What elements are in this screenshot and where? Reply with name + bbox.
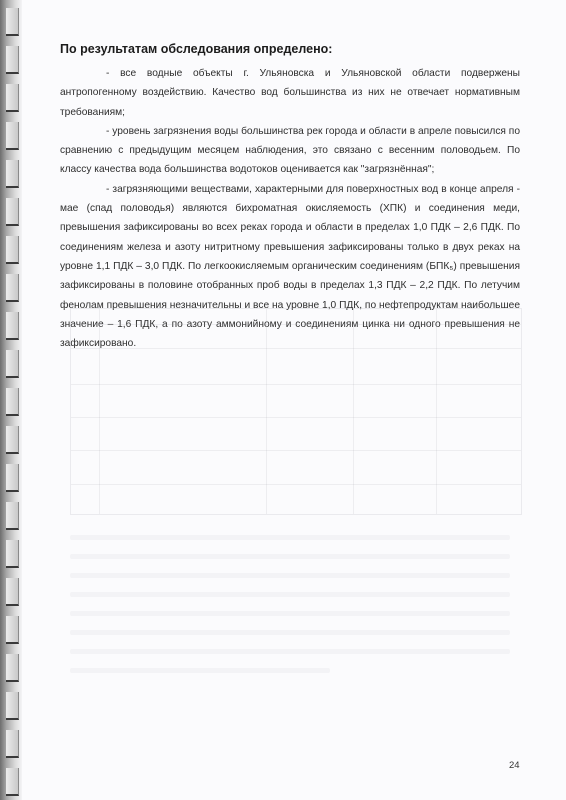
page-number: 24: [509, 760, 520, 771]
bleed-col: [353, 309, 354, 514]
bleed-row: [71, 324, 521, 325]
bleed-line: [70, 630, 510, 635]
binding-hole: [6, 578, 19, 606]
binding-hole: [6, 46, 19, 74]
bleed-col: [266, 309, 267, 514]
bleed-row: [71, 450, 521, 451]
binding-hole: [6, 312, 19, 340]
binding-hole: [6, 388, 19, 416]
bleed-line: [70, 535, 510, 540]
bleed-row: [71, 348, 521, 349]
spiral-binding: [0, 0, 22, 800]
bleed-row: [71, 417, 521, 418]
bleed-line: [70, 554, 510, 559]
binding-hole: [6, 122, 19, 150]
binding-hole: [6, 540, 19, 568]
binding-hole: [6, 768, 19, 796]
bleed-line: [70, 649, 510, 654]
binding-hole: [6, 350, 19, 378]
binding-hole: [6, 692, 19, 720]
bleed-row: [71, 384, 521, 385]
binding-hole: [6, 160, 19, 188]
bleed-col: [436, 309, 437, 514]
binding-hole: [6, 654, 19, 682]
bleed-line: [70, 573, 510, 578]
binding-hole: [6, 84, 19, 112]
binding-hole: [6, 464, 19, 492]
bleed-col: [99, 309, 100, 514]
binding-hole: [6, 236, 19, 264]
binding-hole: [6, 730, 19, 758]
bleed-line: [70, 668, 330, 673]
paragraph-1: - все водные объекты г. Ульяновска и Уль…: [60, 64, 520, 122]
bleed-line: [70, 611, 510, 616]
bleed-row: [71, 484, 521, 485]
binding-hole: [6, 198, 19, 226]
binding-hole: [6, 274, 19, 302]
bleed-line: [70, 592, 510, 597]
binding-hole: [6, 502, 19, 530]
binding-hole: [6, 616, 19, 644]
section-heading: По результатам обследования определено:: [60, 42, 332, 56]
paragraph-2: - уровень загрязнения воды большинства р…: [60, 122, 520, 180]
bleed-through-table: [70, 308, 522, 515]
binding-hole: [6, 8, 19, 36]
binding-hole: [6, 426, 19, 454]
document-page: По результатам обследования определено: …: [60, 0, 520, 800]
